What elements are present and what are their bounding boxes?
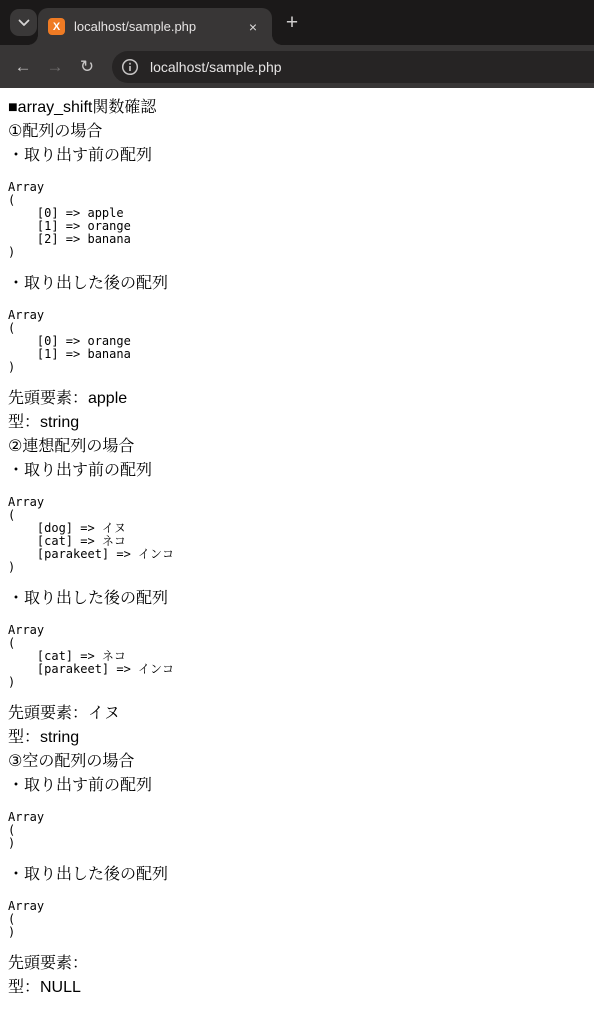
new-tab-button[interactable]: + bbox=[278, 9, 306, 37]
section-heading: ①配列の場合 bbox=[8, 120, 586, 144]
type-line: 型：NULL bbox=[8, 976, 586, 1000]
first-element-line: 先頭要素：apple bbox=[8, 387, 586, 411]
tab-close-icon[interactable]: × bbox=[244, 18, 262, 36]
before-label: ・取り出す前の配列 bbox=[8, 459, 586, 483]
tab-search-button[interactable] bbox=[10, 9, 37, 36]
forward-icon: → bbox=[40, 52, 70, 82]
page-title: ■array_shift関数確認 bbox=[8, 96, 586, 120]
type-line: 型：string bbox=[8, 411, 586, 435]
type-line: 型：string bbox=[8, 726, 586, 750]
array-dump-after: Array ( [cat] => ネコ [parakeet] => インコ ) bbox=[8, 624, 586, 689]
array-dump-before: Array ( ) bbox=[8, 811, 586, 850]
array-dump-after: Array ( [0] => orange [1] => banana ) bbox=[8, 309, 586, 374]
page-content: ■array_shift関数確認 ①配列の場合 ・取り出す前の配列 Array … bbox=[0, 88, 594, 1027]
array-dump-after: Array ( ) bbox=[8, 900, 586, 939]
tab-title: localhost/sample.php bbox=[74, 19, 238, 34]
before-label: ・取り出す前の配列 bbox=[8, 774, 586, 798]
section-heading: ②連想配列の場合 bbox=[8, 435, 586, 459]
first-element-line: 先頭要素：イヌ bbox=[8, 702, 586, 726]
section-assoc-array: ②連想配列の場合 ・取り出す前の配列 Array ( [dog] => イヌ [… bbox=[8, 435, 586, 750]
section-array: ①配列の場合 ・取り出す前の配列 Array ( [0] => apple [1… bbox=[8, 120, 586, 435]
site-info-icon[interactable] bbox=[119, 56, 141, 78]
array-dump-before: Array ( [dog] => イヌ [cat] => ネコ [parakee… bbox=[8, 496, 586, 574]
chevron-down-icon bbox=[18, 19, 30, 27]
tab-strip: X localhost/sample.php × + bbox=[0, 0, 594, 45]
back-icon[interactable]: ← bbox=[8, 52, 38, 82]
first-element-line: 先頭要素： bbox=[8, 952, 586, 976]
section-empty-array: ③空の配列の場合 ・取り出す前の配列 Array ( ) ・取り出した後の配列 … bbox=[8, 750, 586, 1000]
array-dump-before: Array ( [0] => apple [1] => orange [2] =… bbox=[8, 181, 586, 259]
url-text: localhost/sample.php bbox=[150, 59, 282, 75]
reload-icon[interactable]: ↻ bbox=[72, 52, 102, 82]
browser-tab[interactable]: X localhost/sample.php × bbox=[38, 8, 272, 45]
after-label: ・取り出した後の配列 bbox=[8, 272, 586, 296]
after-label: ・取り出した後の配列 bbox=[8, 587, 586, 611]
xampp-favicon-icon: X bbox=[48, 18, 65, 35]
section-heading: ③空の配列の場合 bbox=[8, 750, 586, 774]
before-label: ・取り出す前の配列 bbox=[8, 144, 586, 168]
browser-toolbar: ← → ↻ localhost/sample.php bbox=[0, 45, 594, 88]
address-bar[interactable]: localhost/sample.php bbox=[112, 51, 594, 83]
after-label: ・取り出した後の配列 bbox=[8, 863, 586, 887]
